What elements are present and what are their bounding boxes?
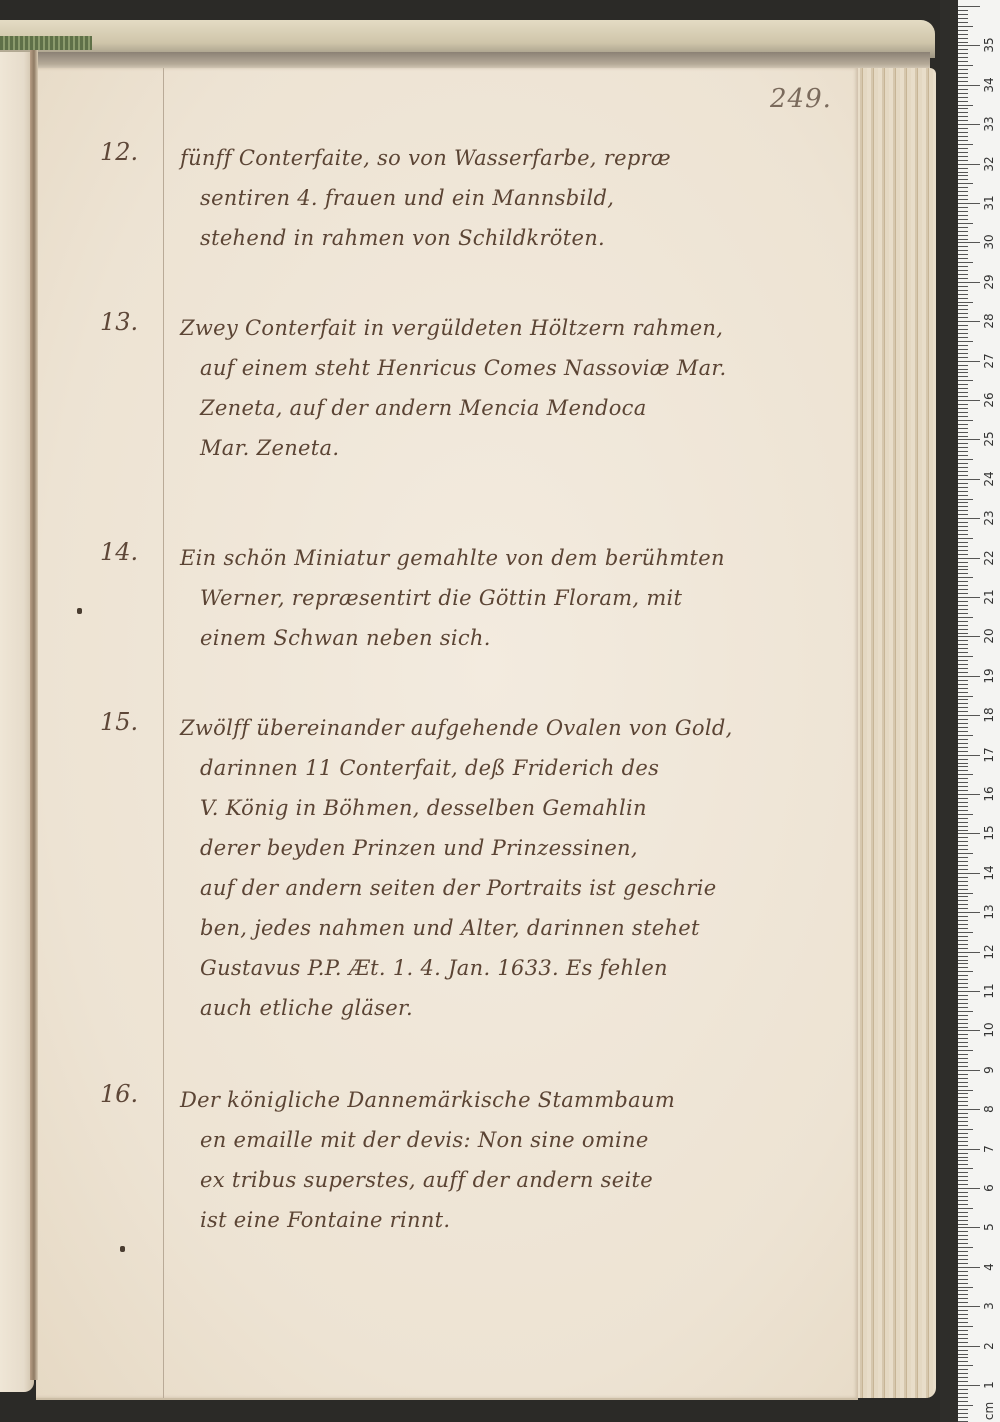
- ruler-tick: [958, 944, 968, 945]
- ruler-tick: [958, 254, 968, 255]
- ruler-tick: [958, 782, 968, 783]
- ruler-tick: [958, 1149, 980, 1150]
- ruler-tick: [958, 357, 968, 358]
- ruler-tick: [958, 459, 973, 460]
- ruler-tick: [958, 428, 968, 429]
- ruler-tick: [958, 1365, 973, 1366]
- ruler-tick: [958, 1231, 968, 1232]
- ruler-tick: [958, 873, 980, 874]
- ruler-label: 34: [979, 75, 1000, 95]
- ruler-tick: [958, 38, 968, 39]
- ruler-label: 17: [979, 745, 1000, 765]
- ruler-label: 35: [979, 35, 1000, 55]
- ruler-tick: [958, 751, 968, 752]
- ruler-tick: [958, 601, 968, 602]
- ruler-tick: [958, 1011, 973, 1012]
- ruler-tick: [958, 235, 968, 236]
- ruler-tick: [958, 656, 973, 657]
- ruler-tick: [958, 376, 968, 377]
- ruler-tick: [958, 908, 968, 909]
- ruler-tick: [958, 593, 968, 594]
- ruler-tick: [958, 1101, 968, 1102]
- ruler-tick: [958, 766, 968, 767]
- ruler-tick: [958, 881, 968, 882]
- ruler-tick: [958, 1255, 968, 1256]
- ruler-tick: [958, 1263, 968, 1264]
- text-line: Mar. Zeneta.: [180, 428, 840, 468]
- ruler-tick: [958, 467, 968, 468]
- ruler-tick: [958, 810, 968, 811]
- ruler-tick: [958, 1373, 968, 1374]
- ruler-tick: [958, 1326, 973, 1327]
- ruler-tick: [958, 483, 968, 484]
- ruler-tick: [958, 451, 968, 452]
- ruler-tick: [958, 207, 968, 208]
- ruler-tick: [958, 534, 968, 535]
- ruler-tick: [958, 42, 968, 43]
- ruler-tick: [958, 1405, 973, 1406]
- ruler-tick: [958, 396, 968, 397]
- ruler-tick: [958, 920, 968, 921]
- ruler-tick: [958, 566, 968, 567]
- ruler-tick: [958, 1180, 968, 1181]
- ruler-tick: [958, 1413, 968, 1414]
- ruler-tick: [958, 826, 968, 827]
- ruler-tick: [958, 1027, 968, 1028]
- ruler-tick: [958, 1121, 968, 1122]
- ruler-tick: [958, 1310, 968, 1311]
- ruler-tick: [958, 660, 968, 661]
- ruler-tick: [958, 893, 973, 894]
- ruler-tick: [958, 1054, 968, 1055]
- ruler-tick: [958, 10, 968, 11]
- ruler-tick: [958, 388, 968, 389]
- ruler-tick: [958, 105, 973, 106]
- ruler-tick: [958, 723, 968, 724]
- ruler-label: 16: [979, 784, 1000, 804]
- ruler-tick: [958, 617, 973, 618]
- ruler-tick: [958, 333, 968, 334]
- ruler-tick: [958, 1318, 968, 1319]
- ruler-tick: [958, 664, 968, 665]
- ruler-tick: [958, 956, 968, 957]
- ruler-tick: [958, 802, 968, 803]
- text-line: fünff Conterfaite, so von Wasserfarbe, r…: [180, 138, 840, 178]
- ruler-tick: [958, 542, 968, 543]
- ruler-label: 7: [979, 1139, 1000, 1159]
- ruler-tick: [958, 1157, 968, 1158]
- ruler-tick: [958, 770, 968, 771]
- ruler-tick: [958, 172, 968, 173]
- text-line: ben, jedes nahmen und Alter, darinnen st…: [180, 908, 840, 948]
- ruler-tick: [958, 108, 968, 109]
- entry-number: 15.: [100, 708, 160, 736]
- ruler-tick: [958, 865, 968, 866]
- ruler-tick: [958, 735, 973, 736]
- ruler-tick: [958, 581, 968, 582]
- ruler-tick: [958, 1377, 968, 1378]
- ruler-label: 2: [979, 1336, 1000, 1356]
- ruler-tick: [958, 1117, 968, 1118]
- ruler-tick: [958, 1251, 968, 1252]
- ruler-tick: [958, 160, 968, 161]
- ruler-tick: [958, 471, 968, 472]
- ruler-tick: [958, 1050, 973, 1051]
- ruler-tick: [958, 53, 968, 54]
- entry-number: 13.: [100, 308, 160, 336]
- ruler-tick: [958, 869, 968, 870]
- ruler-tick: [958, 1015, 968, 1016]
- ruler-label: 9: [979, 1060, 1000, 1080]
- ruler-tick: [958, 168, 968, 169]
- ruler-tick: [958, 1137, 968, 1138]
- ruler-tick: [958, 101, 968, 102]
- ruler-tick: [958, 424, 968, 425]
- ruler-tick: [958, 26, 973, 27]
- ruler-tick: [958, 806, 968, 807]
- ruler-tick: [958, 369, 968, 370]
- ruler-tick: [958, 361, 980, 362]
- ruler-tick: [958, 877, 968, 878]
- headband: [0, 36, 92, 50]
- ruler-tick: [958, 853, 973, 854]
- ruler-tick: [958, 889, 968, 890]
- page-fore-edge: [856, 68, 936, 1398]
- entry-text: Zwölff übereinander aufgehende Ovalen vo…: [180, 708, 840, 1028]
- text-line: stehend in rahmen von Schildkröten.: [180, 218, 840, 258]
- ruler-tick: [958, 1192, 968, 1193]
- ruler-tick: [958, 278, 968, 279]
- ruler-tick: [958, 672, 968, 673]
- ruler-tick: [958, 960, 968, 961]
- ruler-tick: [958, 1294, 968, 1295]
- ruler-tick: [958, 502, 968, 503]
- ruler-tick: [958, 668, 968, 669]
- ink-spot: [120, 1246, 125, 1252]
- text-line: Zeneta, auf der andern Mencia Mendoca: [180, 388, 840, 428]
- ruler-label: 8: [979, 1099, 1000, 1119]
- ruler-tick: [958, 506, 968, 507]
- ruler-tick: [958, 1034, 968, 1035]
- ruler-label: 13: [979, 902, 1000, 922]
- ruler-label: 25: [979, 429, 1000, 449]
- ruler-tick: [958, 97, 968, 98]
- ruler-tick: [958, 246, 968, 247]
- ruler-tick: [958, 49, 968, 50]
- ruler-tick: [958, 270, 968, 271]
- ruler-tick: [958, 1212, 968, 1213]
- ruler-tick: [958, 699, 968, 700]
- ruler-tick: [958, 152, 968, 153]
- ruler-tick: [958, 597, 980, 598]
- ruler-tick: [958, 688, 968, 689]
- ruler-tick: [958, 1007, 968, 1008]
- ruler-tick: [958, 495, 968, 496]
- ruler-tick: [958, 1393, 968, 1394]
- ruler-tick: [958, 1153, 968, 1154]
- ruler-tick: [958, 1097, 968, 1098]
- ruler-label: 31: [979, 193, 1000, 213]
- ruler-tick: [958, 298, 968, 299]
- ruler-tick: [958, 34, 968, 35]
- ruler-label: 19: [979, 666, 1000, 686]
- ruler-tick: [958, 116, 968, 117]
- ruler-tick: [958, 1129, 973, 1130]
- ruler-tick: [958, 1283, 968, 1284]
- ruler-tick: [958, 120, 968, 121]
- ruler-tick: [958, 916, 968, 917]
- ruler-tick: [958, 215, 968, 216]
- ruler-label: 29: [979, 272, 1000, 292]
- ruler-tick: [958, 112, 968, 113]
- ruler-tick: [958, 317, 968, 318]
- ruler-tick: [958, 1023, 968, 1024]
- ruler-tick: [958, 266, 968, 267]
- ruler-tick: [958, 794, 980, 795]
- ruler-label: 28: [979, 311, 1000, 331]
- text-line: ist eine Fontaine rinnt.: [180, 1200, 840, 1240]
- ruler-tick: [958, 739, 968, 740]
- ruler-tick: [958, 971, 973, 972]
- entry-text: fünff Conterfaite, so von Wasserfarbe, r…: [180, 138, 840, 258]
- ruler-tick: [958, 61, 968, 62]
- ruler-tick: [958, 455, 968, 456]
- ruler-tick: [958, 613, 968, 614]
- ruler-tick: [958, 904, 968, 905]
- ruler-tick: [958, 6, 980, 7]
- ruler-tick: [958, 1409, 968, 1410]
- ruler-label: 26: [979, 390, 1000, 410]
- ruler-tick: [958, 203, 980, 204]
- ruler-tick: [958, 692, 968, 693]
- ruler-tick: [958, 1062, 968, 1063]
- ruler-tick: [958, 309, 968, 310]
- text-line: ex tribus superstes, auff der andern sei…: [180, 1160, 840, 1200]
- ruler-tick: [958, 731, 968, 732]
- ruler-tick: [958, 1389, 968, 1390]
- ruler-tick: [958, 727, 968, 728]
- ruler-tick: [958, 302, 973, 303]
- ruler-tick: [958, 1078, 968, 1079]
- ruler-tick: [958, 1369, 968, 1370]
- ruler-tick: [958, 337, 968, 338]
- ruler-tick: [958, 45, 980, 46]
- text-line: auch etliche gläser.: [180, 988, 840, 1028]
- ruler-tick: [958, 1322, 968, 1323]
- ruler-tick: [958, 1338, 968, 1339]
- ruler-tick: [958, 743, 968, 744]
- ruler-tick: [958, 57, 968, 58]
- ruler-tick: [958, 1224, 968, 1225]
- ruler-tick: [958, 924, 968, 925]
- ruler-tick: [958, 1204, 968, 1205]
- ruler-tick: [958, 1239, 968, 1240]
- ruler-tick: [958, 948, 968, 949]
- ruler-tick: [958, 1208, 973, 1209]
- ruler-tick: [958, 629, 968, 630]
- ruler-tick: [958, 530, 968, 531]
- ruler-tick: [958, 353, 968, 354]
- ruler-tick: [958, 479, 980, 480]
- ruler-tick: [958, 432, 968, 433]
- ruler-tick: [958, 1267, 980, 1268]
- ruler-tick: [958, 1361, 968, 1362]
- ruler-tick: [958, 487, 968, 488]
- ruler-tick: [958, 191, 968, 192]
- ruler-tick: [958, 1330, 968, 1331]
- ruler-tick: [958, 554, 968, 555]
- ruler-tick: [958, 1176, 968, 1177]
- ruler-tick: [958, 195, 968, 196]
- ruler-tick: [958, 1168, 973, 1169]
- ruler-tick: [958, 1066, 968, 1067]
- ruler-tick: [958, 18, 968, 19]
- ruler-tick: [958, 1227, 980, 1228]
- ruler-tick: [958, 621, 968, 622]
- ruler-tick: [958, 518, 980, 519]
- ruler-tick: [958, 1397, 968, 1398]
- ruler-tick: [958, 262, 973, 263]
- ruler-tick: [958, 223, 973, 224]
- text-line: sentiren 4. frauen und ein Mannsbild,: [180, 178, 840, 218]
- ruler-tick: [958, 778, 968, 779]
- ruler-tick: [958, 1019, 968, 1020]
- ruler-tick: [958, 132, 968, 133]
- ruler-tick: [958, 837, 968, 838]
- ruler-label: 14: [979, 863, 1000, 883]
- ruler-tick: [958, 408, 968, 409]
- ruler-tick: [958, 577, 973, 578]
- ruler-tick: [958, 1357, 968, 1358]
- ruler-tick: [958, 896, 968, 897]
- ruler-tick: [958, 499, 973, 500]
- ruler-tick: [958, 684, 968, 685]
- ruler-tick: [958, 967, 968, 968]
- ruler-tick: [958, 763, 968, 764]
- ruler-tick: [958, 1381, 968, 1382]
- ruler-tick: [958, 786, 968, 787]
- ruler-tick: [958, 85, 980, 86]
- ruler-tick: [958, 1074, 968, 1075]
- ruler-tick: [958, 1090, 973, 1091]
- ruler-tick: [958, 900, 968, 901]
- ruler-tick: [958, 633, 968, 634]
- ruler-tick: [958, 274, 968, 275]
- ruler-tick: [958, 77, 968, 78]
- ruler-tick: [958, 69, 968, 70]
- ruler-tick: [958, 140, 968, 141]
- ruler-tick: [958, 1046, 968, 1047]
- ruler-tick: [958, 546, 968, 547]
- ruler-tick: [958, 952, 980, 953]
- ruler-tick: [958, 128, 968, 129]
- ruler-tick: [958, 932, 973, 933]
- ruler-tick: [958, 585, 968, 586]
- ruler-tick: [958, 1235, 968, 1236]
- ruler-tick: [958, 798, 968, 799]
- ruler-tick: [958, 1093, 968, 1094]
- ruler-tick: [958, 286, 968, 287]
- page-number: 249.: [770, 84, 832, 114]
- ruler-tick: [958, 400, 980, 401]
- ruler-tick: [958, 258, 968, 259]
- text-line: Gustavus P.P. Æt. 1. 4. Jan. 1633. Es fe…: [180, 948, 840, 988]
- ruler-tick: [958, 719, 968, 720]
- ruler-tick: [958, 845, 968, 846]
- ruler-tick: [958, 89, 968, 90]
- ruler-tick: [958, 164, 980, 165]
- ruler-tick: [958, 928, 968, 929]
- ruler-tick: [958, 65, 973, 66]
- margin-rule: [163, 68, 164, 1398]
- ruler-tick: [958, 1306, 980, 1307]
- ruler-tick: [958, 936, 968, 937]
- ruler-tick: [958, 179, 968, 180]
- ruler-tick: [958, 558, 980, 559]
- ruler-tick: [958, 227, 968, 228]
- ruler-tick: [958, 885, 968, 886]
- ruler-tick: [958, 1003, 968, 1004]
- ruler-label: 22: [979, 548, 1000, 568]
- ruler-tick: [958, 1346, 980, 1347]
- ruler-tick: [958, 1141, 968, 1142]
- ruler-tick: [958, 1259, 968, 1260]
- ruler-tick: [958, 290, 968, 291]
- ruler-tick: [958, 569, 968, 570]
- ruler-tick: [958, 1354, 968, 1355]
- text-line: Ein schön Miniatur gemahlte von dem berü…: [180, 538, 840, 578]
- text-line: Werner, repræsentirt die Göttin Floram, …: [180, 578, 840, 618]
- ruler-tick: [958, 1342, 968, 1343]
- ruler-tick: [958, 1196, 968, 1197]
- ruler-tick: [958, 439, 980, 440]
- ink-spot: [77, 608, 82, 614]
- ruler-tick: [958, 491, 968, 492]
- text-line: einem Schwan neben sich.: [180, 618, 840, 658]
- ruler-tick: [958, 830, 968, 831]
- ruler-label: 23: [979, 508, 1000, 528]
- ruler-tick: [958, 1287, 973, 1288]
- ruler-tick: [958, 562, 968, 563]
- ruler-tick: [958, 991, 980, 992]
- ruler-tick: [958, 849, 968, 850]
- ruler-tick: [958, 325, 968, 326]
- text-line: auf einem steht Henricus Comes Nassoviæ …: [180, 348, 840, 388]
- ruler-label: 4: [979, 1257, 1000, 1277]
- ruler-tick: [958, 818, 968, 819]
- text-line: Zwey Conterfait in vergüldeten Höltzern …: [180, 308, 840, 348]
- ruler-tick: [958, 790, 968, 791]
- ruler-tick: [958, 365, 968, 366]
- ruler-tick: [958, 1279, 968, 1280]
- ruler-tick: [958, 420, 973, 421]
- ruler-tick: [958, 676, 980, 677]
- ruler-tick: [958, 30, 968, 31]
- ruler-tick: [958, 759, 968, 760]
- ruler-tick: [958, 1216, 968, 1217]
- ruler-tick: [958, 1164, 968, 1165]
- ruler-tick: [958, 475, 968, 476]
- ruler-tick: [958, 538, 973, 539]
- text-line: auf der andern seiten der Portraits ist …: [180, 868, 840, 908]
- ruler-label: 12: [979, 942, 1000, 962]
- ruler-tick: [958, 1271, 968, 1272]
- ruler-tick: [958, 392, 968, 393]
- ruler-tick: [958, 1109, 980, 1110]
- ruler-label: 6: [979, 1178, 1000, 1198]
- ruler-tick: [958, 1133, 968, 1134]
- ruler-tick: [958, 231, 968, 232]
